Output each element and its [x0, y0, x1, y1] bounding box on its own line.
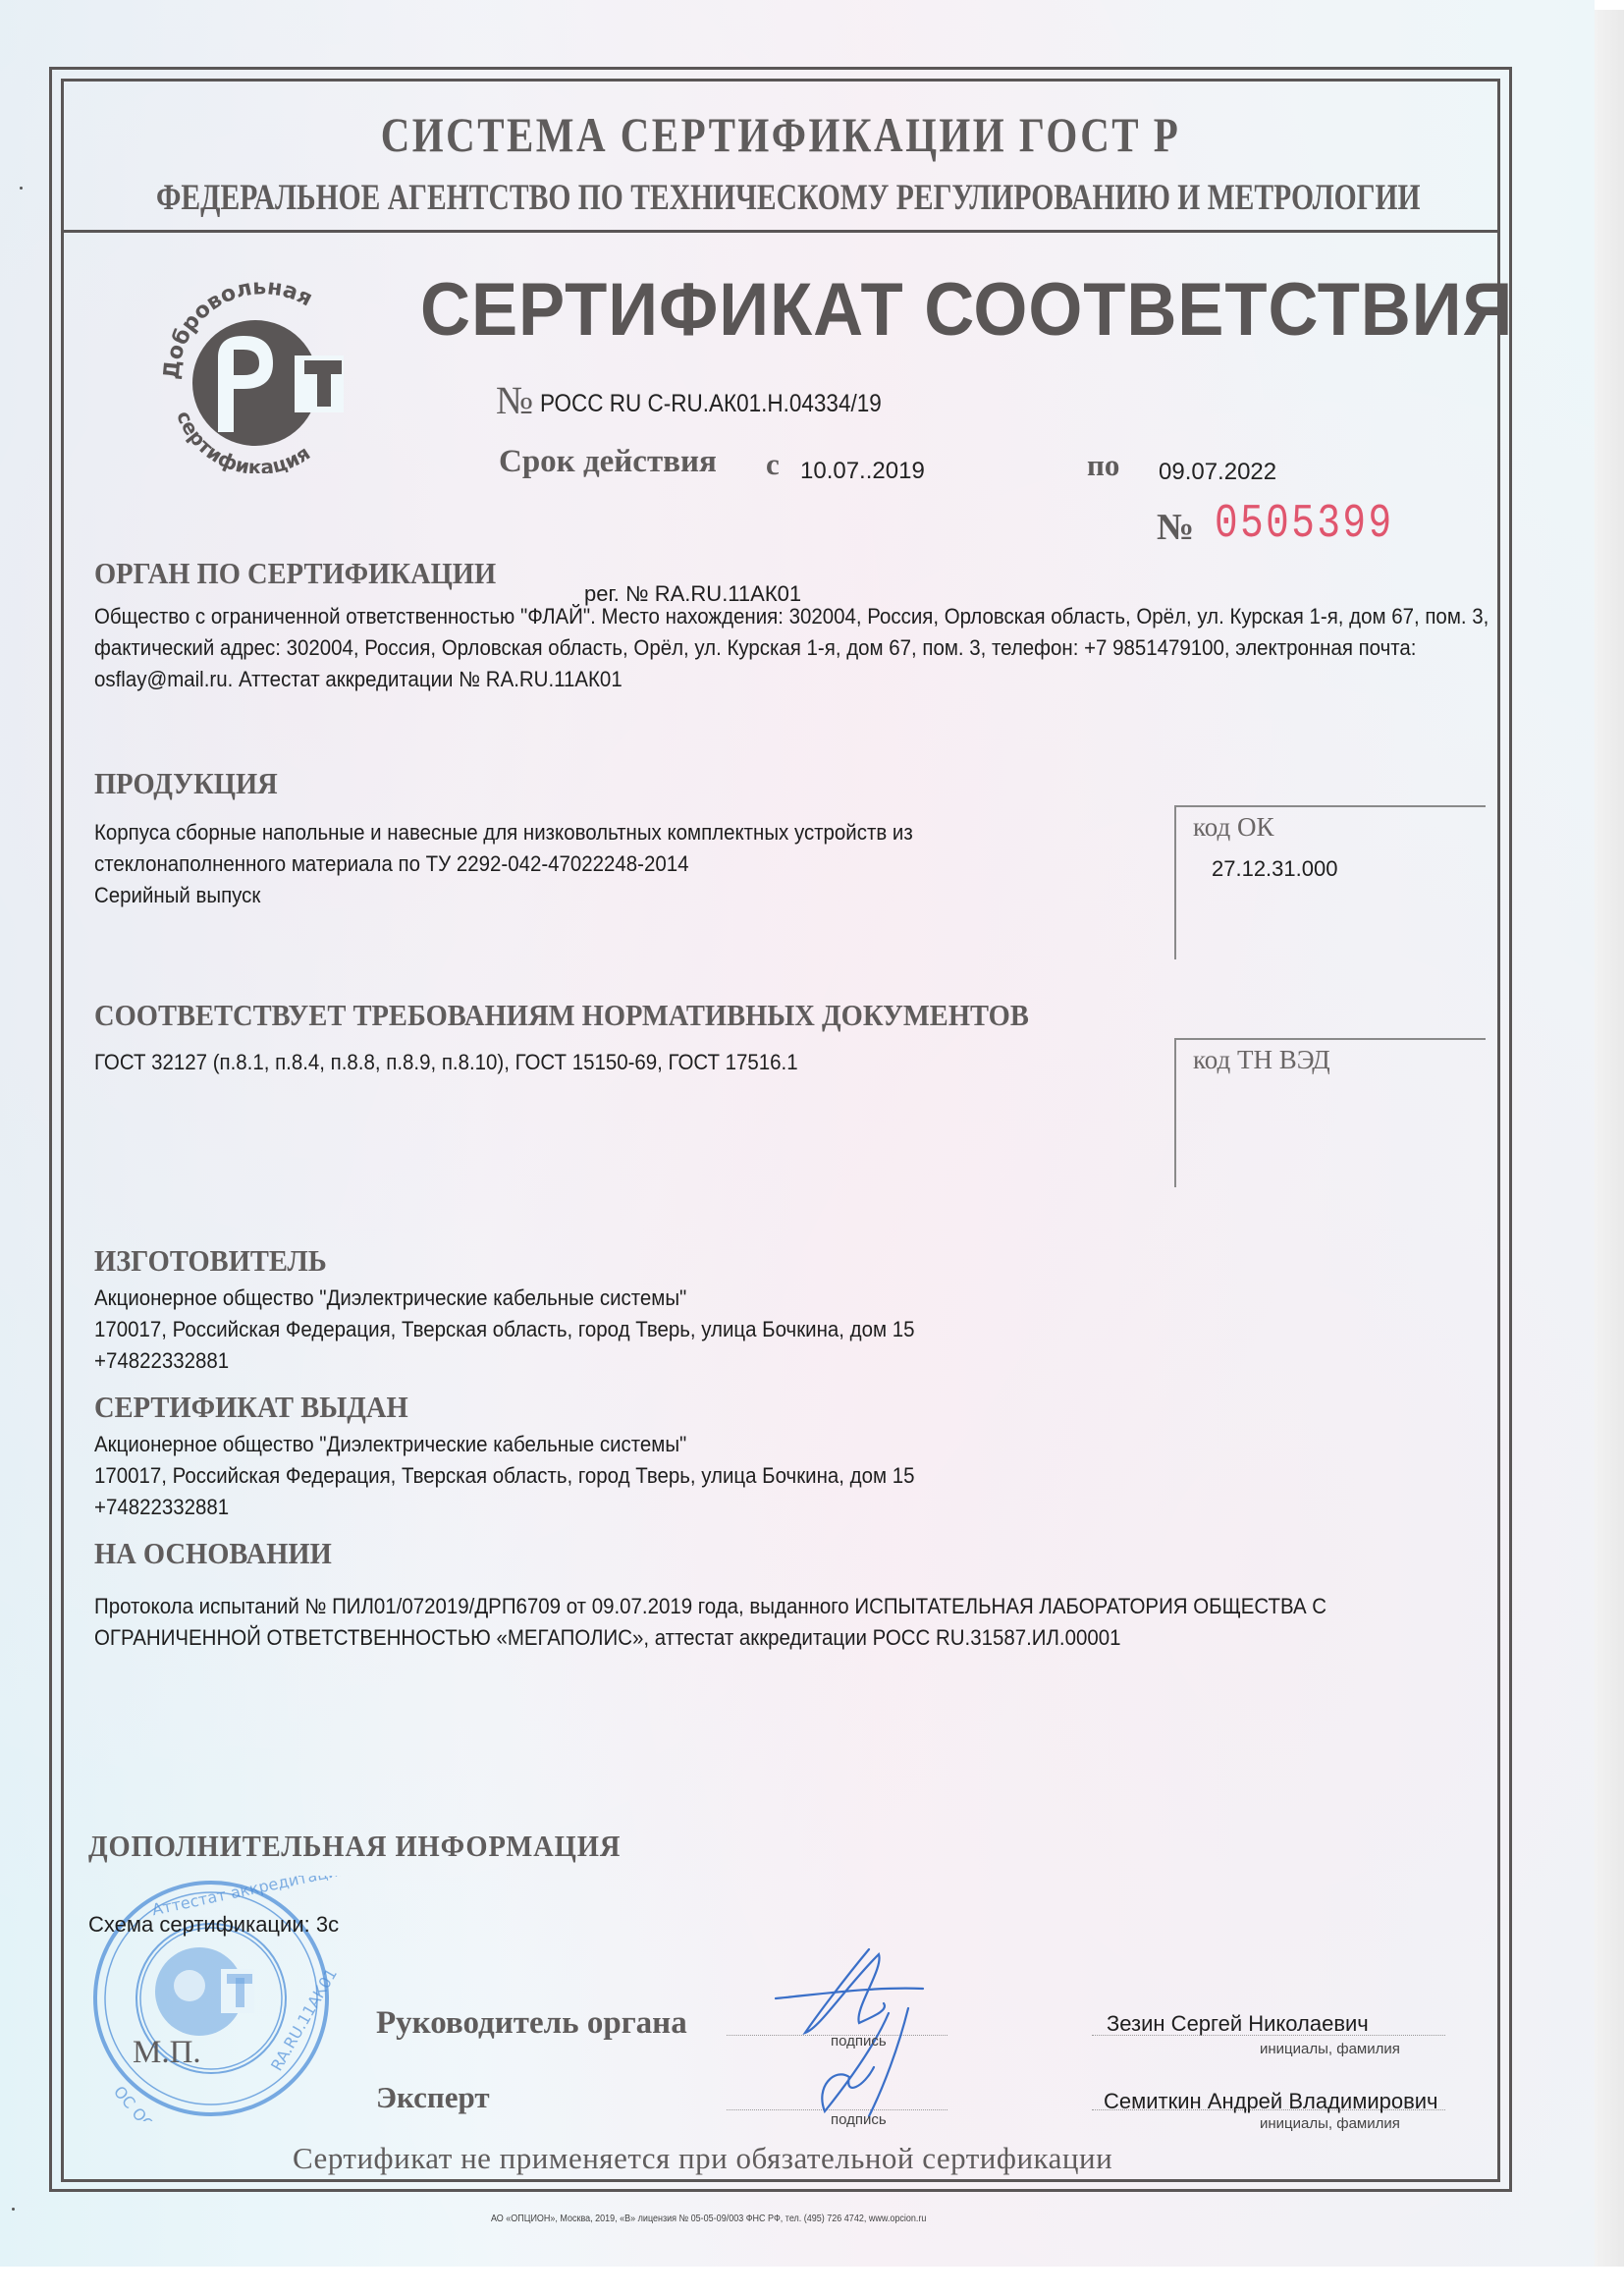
manufacturer-heading: ИЗГОТОВИТЕЛЬ: [94, 1243, 327, 1279]
product-description: Корпуса сборные напольные и навесные для…: [94, 817, 913, 911]
header-divider: [61, 230, 1500, 233]
validity-to-label: по: [1087, 448, 1119, 483]
certificate-title: СЕРТИФИКАТ СООТВЕТСТВИЯ: [420, 267, 1513, 353]
stamp-place-label: М.П.: [133, 2035, 201, 2071]
validity-from-label: с: [766, 447, 780, 482]
additional-info-heading: ДОПОЛНИТЕЛЬНАЯ ИНФОРМАЦИЯ: [88, 1829, 621, 1864]
expert-name: Семиткин Андрей Владимирович: [1104, 2089, 1438, 2114]
organ-heading: ОРГАН ПО СЕРТИФИКАЦИИ: [94, 556, 496, 591]
scan-edge: [1595, 10, 1624, 2267]
requirements-heading: СООТВЕТСТВУЕТ ТРЕБОВАНИЯМ НОРМАТИВНЫХ ДО…: [94, 998, 1029, 1033]
head-signature-caption: подпись: [831, 2033, 887, 2050]
basis-heading: НА ОСНОВАНИИ: [94, 1536, 332, 1571]
code-tn-box: код ТН ВЭД: [1174, 1038, 1486, 1187]
basis-details: Протокола испытаний № ПИЛ01/072019/ДРП67…: [94, 1591, 1491, 1654]
expert-label: Эксперт: [376, 2080, 490, 2115]
number-label: №: [496, 377, 533, 423]
requirements-text: ГОСТ 32127 (п.8.1, п.8.4, п.8.8, п.8.9, …: [94, 1047, 798, 1078]
valid-from-date: 10.07..2019: [800, 458, 925, 485]
code-ok-box: код ОК 27.12.31.000: [1174, 805, 1486, 959]
code-ok-label: код ОК: [1193, 812, 1273, 843]
manufacturer-details: Акционерное общество "Диэлектрические ка…: [94, 1283, 914, 1377]
serial-number: 0505399: [1215, 498, 1394, 551]
issued-to-details: Акционерное общество "Диэлектрические ка…: [94, 1429, 914, 1523]
validity-label: Срок действия: [499, 444, 717, 480]
system-title: СИСТЕМА СЕРТИФИКАЦИИ ГОСТ Р: [140, 106, 1421, 163]
head-name-caption: инициалы, фамилия: [1260, 2041, 1400, 2057]
printer-imprint: АО «ОПЦИОН», Москва, 2019, «В» лицензия …: [491, 2214, 926, 2224]
voluntary-note: Сертификат не применяется при обязательн…: [293, 2141, 1112, 2176]
head-name: Зезин Сергей Николаевич: [1107, 2011, 1369, 2037]
product-heading: ПРОДУКЦИЯ: [94, 766, 278, 801]
serial-label: №: [1157, 506, 1194, 549]
head-of-body-label: Руководитель органа: [376, 2005, 687, 2042]
scan-speck: [12, 2208, 15, 2211]
valid-to-date: 09.07.2022: [1159, 459, 1276, 486]
certificate-number: РОСС RU С-RU.АК01.Н.04334/19: [540, 390, 882, 418]
expert-name-caption: инициалы, фамилия: [1260, 2115, 1400, 2132]
rst-logo-icon: Добровольная сертификация: [157, 267, 363, 473]
organ-details: Общество с ограниченной ответственностью…: [94, 601, 1491, 695]
scan-speck: [20, 187, 23, 190]
expert-signature-caption: подпись: [831, 2111, 887, 2128]
code-tn-label: код ТН ВЭД: [1193, 1045, 1330, 1075]
issued-to-heading: СЕРТИФИКАТ ВЫДАН: [94, 1390, 408, 1425]
code-ok-value: 27.12.31.000: [1212, 856, 1337, 882]
agency-title: ФЕДЕРАЛЬНОЕ АГЕНТСТВО ПО ТЕХНИЧЕСКОМУ РЕ…: [156, 177, 1405, 219]
certification-scheme: Схема сертификации: 3с: [88, 1912, 339, 1938]
